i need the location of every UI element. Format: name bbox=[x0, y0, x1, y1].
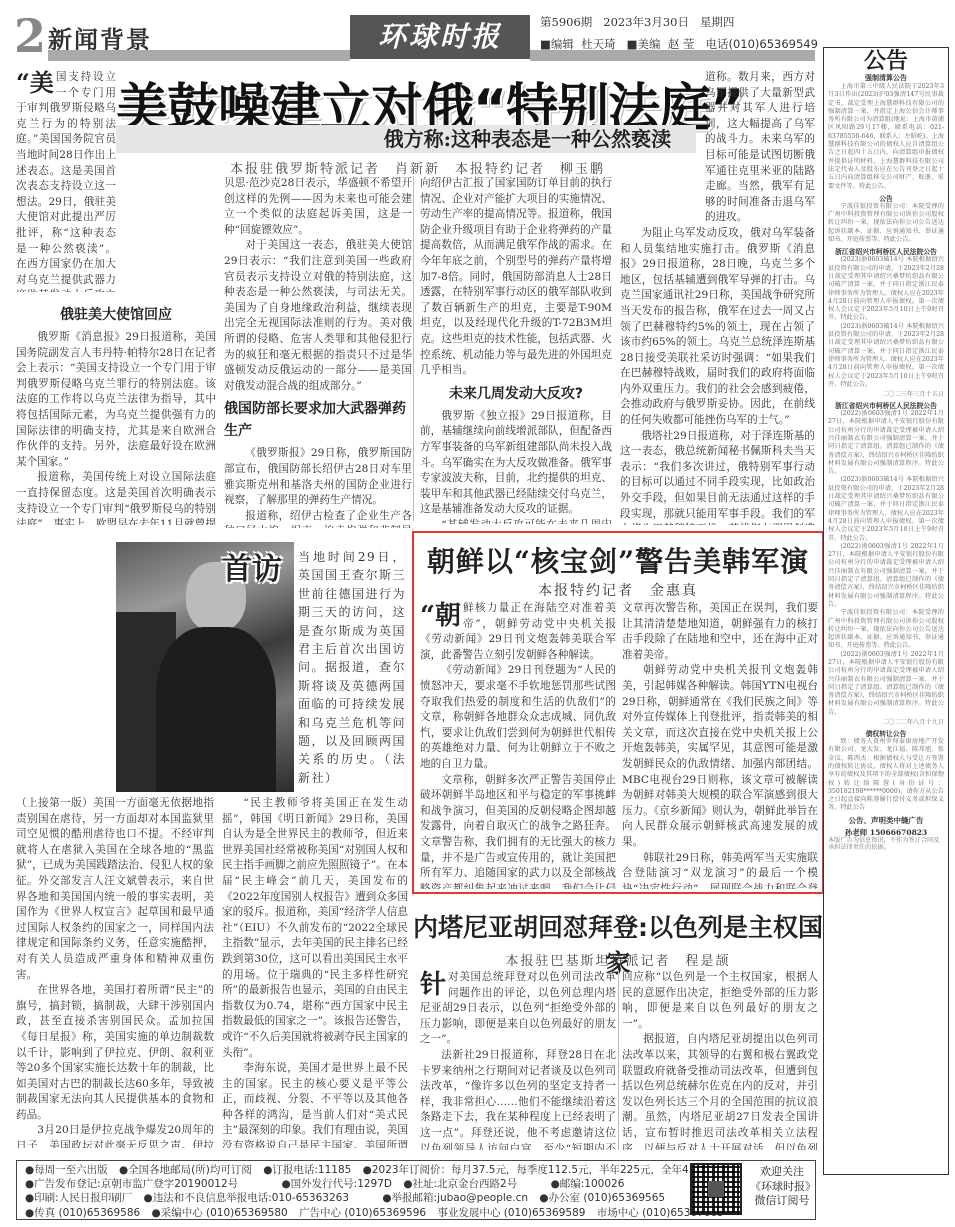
paragraph: 法新社29日报道称，拜登28日在北卡罗来纳州之行期间对记者谈及以色列司法改革，“… bbox=[420, 1048, 616, 1150]
notice-text: 宁波佳银投资有限公司：本院受理的广州中科投资管理有限公司诉你公司股权转让纠纷一案… bbox=[828, 203, 944, 244]
lead-intro: “美国支持设立一个专门用于审判俄罗斯侵略乌克兰行为的特别法庭。”美国国务院官员当… bbox=[16, 70, 116, 292]
paragraph: 《俄罗斯报》29日称，俄罗斯国防部宣布，俄国防部长绍伊古28日对车里雅宾斯克州和… bbox=[224, 446, 412, 508]
notice-column: 公告 强制清算公告 上海市第三中级人民法院于2023年3月3日作出(2023)沪… bbox=[823, 47, 949, 1175]
issue-weekday: 星期四 bbox=[700, 15, 735, 29]
continued-col-2: “民主教师爷将美国正在发生动摇”，韩国《明日新闻》29日称，美国自认为是全世界民… bbox=[222, 796, 408, 1148]
paragraph: 文章再次警告称，美国正在误判，我们要让其清清楚楚地知道，朝鲜强有力的核打击手段除… bbox=[622, 601, 818, 663]
paragraph: 3月20日是伊拉克战争爆发20周年的日子，美国政坛对此毫无反思之声。伊拉克前临时… bbox=[16, 1123, 214, 1148]
footer-item: ●传真 (010)65369586 bbox=[25, 1207, 140, 1219]
notice-text: (2023)浙0603破14号 本院根据绍兴县投资有限公司的申请，于2023年2… bbox=[828, 323, 944, 389]
notice-footer-contact: 孙老师 15066670823 bbox=[828, 828, 944, 837]
footer-item: ●每周一至六出版 bbox=[25, 1164, 108, 1176]
notice-footer-title: 公告、声明类中缝广告 bbox=[828, 816, 944, 825]
notice-subtitle: 强制清算公告 bbox=[828, 73, 944, 83]
notice-text: (2022)浙0603强清1号 2022年1月27日，本院根据申请人平安银行股份… bbox=[828, 543, 944, 609]
paragraph: 在世界各地，美国打着所谓“民主”的旗号，搞封锁，搞制裁，大肆干涉别国内政，甚至直… bbox=[16, 983, 214, 1123]
lead-dropcap: “美 bbox=[16, 70, 54, 96]
notice-heading: 公告 bbox=[828, 193, 944, 203]
boxed-dropcap: “朝 bbox=[420, 601, 461, 631]
footer-item: ●2023年订阅价：每月37.5元，每季度112.5元，半年225元，全年450… bbox=[363, 1164, 723, 1176]
boxed-byline: 本报特约记者 金惠真 bbox=[412, 580, 824, 600]
lead-col-3: 向绍伊古汇报了国家国防订单目前的执行情况、企业对产能扩大项目的实施情况、劳动生产… bbox=[420, 176, 612, 524]
footer-item: 事业发展中心 (010)65369589 bbox=[437, 1207, 585, 1219]
footer-item: ●印刷:人民日报印刷厂 bbox=[25, 1192, 132, 1204]
qr-caption-line: 微信订阅号 bbox=[750, 1194, 814, 1209]
footer-item: ●社址:北京金台西路2号 bbox=[403, 1178, 517, 1190]
footer-item: ●违法和不良信息举报电话:010-65363263 bbox=[144, 1192, 349, 1204]
notice-text: 上海市第三中级人民法院于2023年3月3日作出(2023)沪03强清147号民事… bbox=[828, 83, 944, 191]
footer-item: ●办公室 (010)65369565 bbox=[539, 1192, 665, 1204]
notice-text: 致：债务人贵州罗甸泰康房地产开发有限公司、龙大发、龙江福、陈邦旭、张金汶、陈西杰… bbox=[828, 738, 944, 813]
qr-caption-line: 欢迎关注 bbox=[750, 1165, 814, 1180]
column-divider bbox=[413, 176, 414, 521]
paragraph: 报道称，绍伊古检查了企业生产各种口径火炮、坦克、迫击炮弹和非制导航空火箭弹在内的… bbox=[224, 509, 412, 528]
footer-item: ●广告发布登记:京朝市监广登字20190012号 bbox=[25, 1178, 238, 1190]
lead-col-2: 贝思·范沙克28日表示，华盛顿不希望开创这样的先例——因为未来也可能会建立一个类… bbox=[224, 176, 412, 528]
paragraph: 韩联社29日称，韩美两军当天实施联合登陆演习“双龙演习”的最后一个模块“决定性行… bbox=[622, 851, 818, 890]
footer-item: ●全国各地邮局(所)均可订阅 bbox=[119, 1164, 252, 1176]
issue-line: 第5906期 2023年3月30日 星期四 bbox=[540, 14, 734, 30]
issue-date: 2023年3月30日 bbox=[603, 15, 689, 29]
footer-item: ●国外发行代号:1297D bbox=[282, 1178, 393, 1190]
notice-block: (2022)浙0603强清1号 2022年1月27日，本院根据申请人平安银行股份… bbox=[828, 410, 944, 717]
paragraph: 道称。数月来，西方对乌军提供了大量新型武器并对其军人进行培训，这大幅提高了乌军的… bbox=[705, 70, 815, 226]
footer-item: ●举报邮箱:jubao@people.cn bbox=[382, 1192, 528, 1204]
paragraph: 为阻止乌军发动反攻，俄对乌军装备和人员集结地实施打击。俄罗斯《消息报》29日报道… bbox=[620, 226, 815, 429]
notice-block: 致：债务人贵州罗甸泰康房地产开发有限公司、龙大发、龙江福、陈邦旭、张金汶、陈西杰… bbox=[828, 738, 944, 813]
lead-byline: 本报驻俄罗斯特派记者 肖新新 本报特约记者 柳玉鹏 bbox=[230, 158, 605, 177]
paragraph: 朝鲜劳动党中央机关报刊文炮轰韩美，引起韩媒各种解读。韩国YTN电视台29日称，朝… bbox=[622, 663, 818, 850]
notice-title: 公告 bbox=[828, 51, 944, 73]
notice-text: (2022)浙0603强清1号 2022年1月27日，本院根据申请人平安银行股份… bbox=[828, 651, 944, 717]
paragraph: 对美国总统拜登对以色列司法改革问题作出的评论，以色列总理内塔尼亚胡29日表示，以… bbox=[420, 971, 616, 1045]
third-col-2: 回应称“以色列是一个主权国家，根据人民的意愿作出决定，拒绝受外部的压力影响，即便… bbox=[622, 970, 818, 1150]
paragraph: 向绍伊古汇报了国家国防订单目前的执行情况、企业对产能扩大项目的实施情况、劳动生产… bbox=[420, 176, 612, 379]
paragraph: （上接第一版）美国一方面毫无依据地指责别国在虐待，另一方面却对本国监狱里司空见惯… bbox=[16, 796, 214, 983]
paragraph: “民主教师爷将美国正在发生动摇”，韩国《明日新闻》29日称，美国自认为是全世界民… bbox=[222, 796, 408, 1061]
header-bar-left bbox=[48, 50, 350, 61]
photo-title: 首访 bbox=[222, 544, 282, 588]
notice-date: 二〇二二年八月十九日 bbox=[828, 717, 944, 726]
section3-title: 未来几周发动大反攻? bbox=[420, 383, 612, 405]
paragraph: 贝思·范沙克28日表示，华盛顿不希望开创这样的先例——因为未来也可能会建立一个类… bbox=[224, 176, 412, 238]
notice-block: 宁波佳银投资有限公司：本院受理的广州中科投资管理有限公司诉你公司股权转让纠纷一案… bbox=[828, 203, 944, 244]
paragraph: 回应称“以色列是一个主权国家，根据人民的意愿作出决定，拒绝受外部的压力影响，即便… bbox=[622, 970, 818, 1032]
paragraph: 《劳动新闻》29日刊登题为“人民的愤怒冲天，要求毫不手软地惩罚那些试图夺取我们热… bbox=[420, 663, 616, 772]
column-divider bbox=[618, 970, 619, 1150]
lead-intro-text: 国支持设立一个专门用于审判俄罗斯侵略乌克兰行为的特别法庭。”美国国务院官员当地时… bbox=[16, 71, 116, 292]
boxed-col-2: 文章再次警告称，美国正在误判，我们要让其清清楚楚地知道，朝鲜强有力的核打击手段除… bbox=[622, 601, 818, 889]
editor-name: 杜天琦 bbox=[581, 37, 616, 51]
photo-figure bbox=[156, 627, 276, 792]
notice-text: 宁波佳银投资有限公司：本院受理的广州中科投资管理有限公司诉你公司股权转让纠纷一案… bbox=[828, 609, 944, 650]
newspaper-logo: 环球时报 bbox=[350, 15, 530, 59]
paragraph: 俄塔社29日报道称，对于泽连斯基的这一表态，俄总统新闻秘书佩斯科夫当天表示：“我… bbox=[620, 429, 815, 525]
photo-caption: 当地时间29日，英国国王查尔斯三世前往德国进行为期三天的访问，这是查尔斯成为英国… bbox=[298, 548, 406, 787]
editor-label: ■编辑 bbox=[540, 37, 574, 51]
notice-block: 上海市第三中级人民法院于2023年3月3日作出(2023)沪03强清147号民事… bbox=[828, 83, 944, 191]
designer-label: ■美编 bbox=[627, 37, 661, 51]
qr-caption: 欢迎关注 《环球时报》 微信订阅号 bbox=[750, 1165, 814, 1209]
notice-block: (2023)浙0603破14号 本院根据绍兴县投资有限公司的申请，于2023年2… bbox=[828, 256, 944, 389]
designer-name: 赵 莹 bbox=[668, 37, 695, 51]
header-bar-right bbox=[530, 50, 815, 61]
paragraph: 文章称，朝鲜多次严正警告美国停止破坏朝鲜半岛地区和平与稳定的军事挑衅和战争演习，… bbox=[420, 773, 616, 889]
paragraph: 报道称，美国传统上对设立国际法庭一直持保留态度。这是美国首次明确表示支持设立一个… bbox=[16, 470, 216, 525]
paragraph: “基辅发动大反攻可能在未来几周内开始”，美国《华尔街日报》28日报 bbox=[420, 518, 612, 524]
notice-date: 二〇二三年三月十五日 bbox=[828, 389, 944, 398]
notice-heading: 浙江省绍兴市柯桥区人民法院公告 bbox=[828, 400, 944, 410]
issue-number: 第5906期 bbox=[540, 15, 592, 29]
paragraph: 李海东说，美国才是世界上最不民主的国家。民主的核心要义是平等公正，而歧视、分裂、… bbox=[222, 1061, 408, 1148]
notice-heading: 浙江省绍兴市柯桥区人民法院公告 bbox=[828, 246, 944, 256]
paragraph: 对于美国这一表态，俄驻美大使馆29日表示：“我们注意到美国一些政府官员表示支持设… bbox=[224, 238, 412, 394]
notice-heading: 债权转让公告 bbox=[828, 728, 944, 738]
boxed-col-1: “朝鲜核力量正在海陆空对准着美帝”，朝鲜劳动党中央机关报《劳动新闻》29日刊文炮… bbox=[420, 601, 616, 889]
footer-item: 广告中心 (010)65369596 bbox=[299, 1207, 426, 1219]
third-byline: 本报驻巴基斯坦特派记者 程是颉 bbox=[412, 950, 824, 969]
editor-phone: 电话(010)65369549 bbox=[705, 37, 817, 51]
continued-col-1: （上接第一版）美国一方面毫无依据地指责别国在虐待，另一方面却对本国监狱里司空见惯… bbox=[16, 796, 214, 1148]
lead-col-1: 俄驻美大使馆回应 俄罗斯《消息报》29日报道称，美国国务院副发言人韦丹特·帕特尔… bbox=[16, 300, 216, 525]
lead-col-4: 道称。数月来，西方对乌军提供了大量新型武器并对其军人进行培训，这大幅提高了乌军的… bbox=[620, 70, 815, 525]
paragraph: 据报道，自内塔尼亚胡提出以色列司法改革以来，其领导的右翼和极右翼政党联盟政府就备… bbox=[622, 1032, 818, 1150]
footer-item: ●邮编:100026 bbox=[551, 1178, 625, 1190]
boxed-headline: 朝鲜以“核宝剑”警告美韩军演 bbox=[412, 540, 824, 580]
paragraph: 俄罗斯《独立报》29日报道称，目前，基辅继续向前线增派部队，但配备西方军事装备的… bbox=[420, 409, 612, 518]
notice-text: (2023)浙0603破14号 本院根据绍兴县投资有限公司的申请，于2023年2… bbox=[828, 476, 944, 542]
notice-text: (2023)浙0603破14号 本院根据绍兴县投资有限公司的申请，于2023年2… bbox=[828, 256, 944, 322]
page-number: 2 bbox=[14, 12, 46, 60]
section2-title: 俄国防部长要求加大武器弹药生产 bbox=[224, 398, 412, 442]
section1-title: 俄驻美大使馆回应 bbox=[16, 304, 216, 326]
footer-item: ●采编中心 (010)65369580 bbox=[152, 1207, 288, 1219]
paragraph: 俄罗斯《消息报》29日报道称，美国国务院副发言人韦丹特·帕特尔28日在记者会上表… bbox=[16, 330, 216, 470]
notice-footer-note: 本版广告为信息资讯，不作为签订合同及承担法律责任的依据。 bbox=[828, 837, 944, 852]
third-col-1: 针对美国总统拜登对以色列司法改革问题作出的评论，以色列总理内塔尼亚胡29日表示，… bbox=[420, 970, 616, 1150]
notice-text: (2022)浙0603强清1号 2022年1月27日，本院根据申请人平安银行股份… bbox=[828, 410, 944, 476]
third-dropcap: 针 bbox=[420, 970, 446, 1000]
qr-logo bbox=[708, 1181, 724, 1197]
footer-item: ●订报电话:11185 bbox=[263, 1164, 351, 1176]
qr-caption-line: 《环球时报》 bbox=[750, 1180, 814, 1195]
lead-subheadline: 俄方称:这种表态是一种公然亵渎 bbox=[116, 125, 696, 153]
